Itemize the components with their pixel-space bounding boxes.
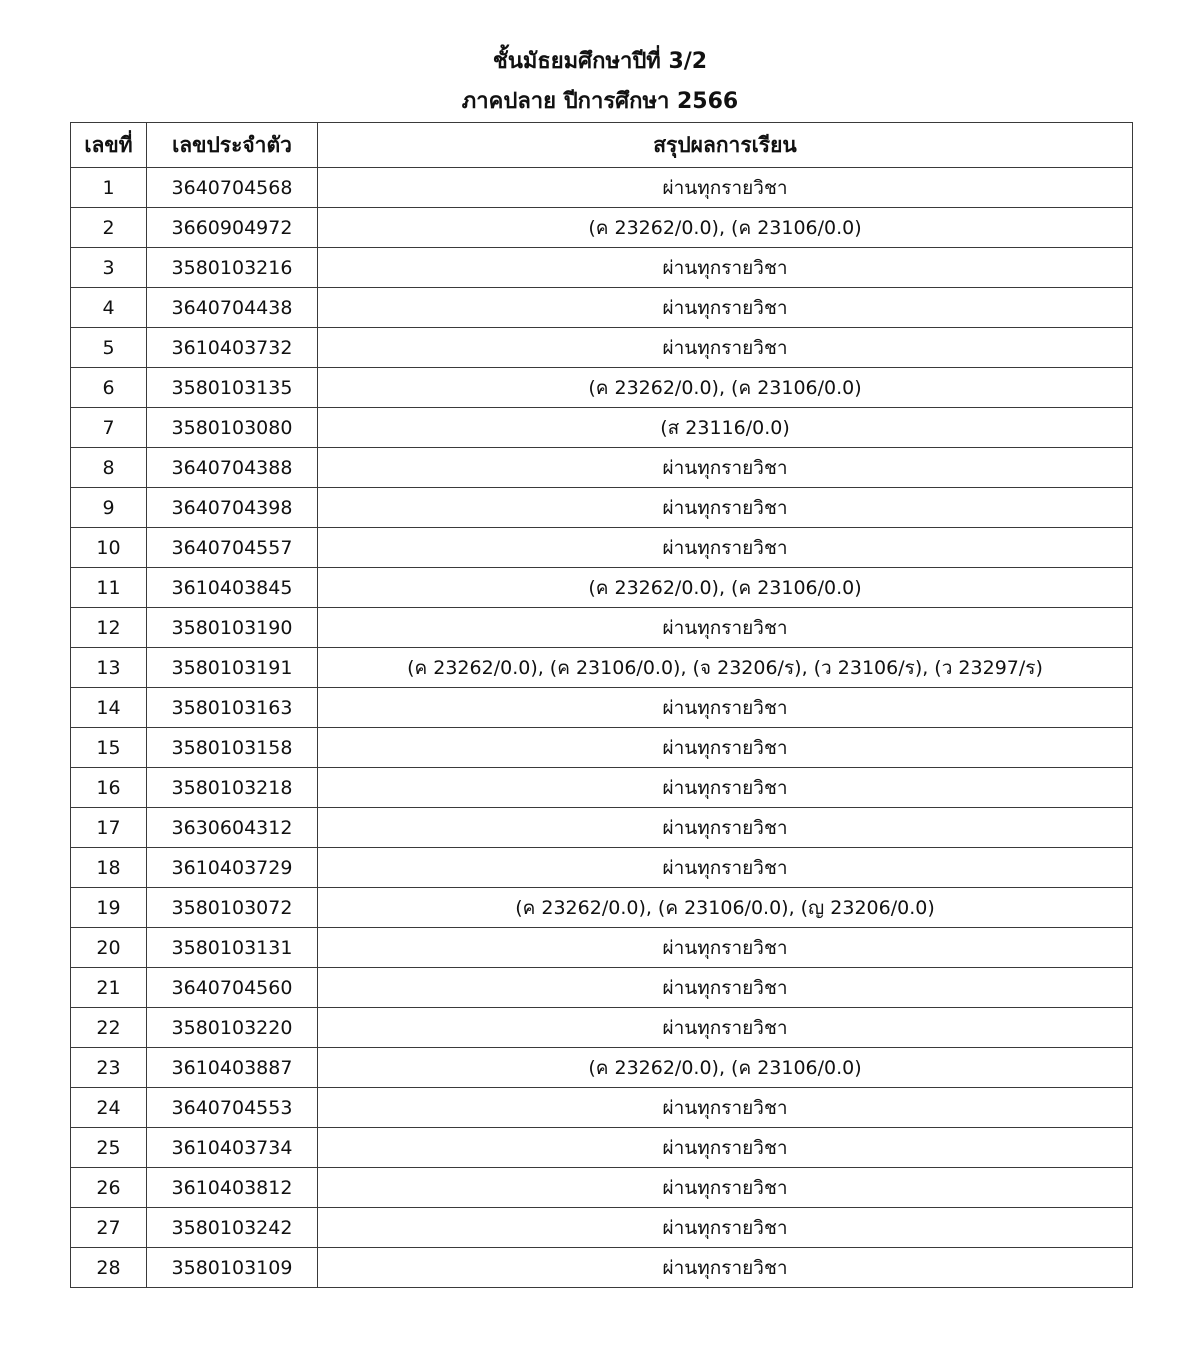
row-number: 9	[71, 488, 147, 528]
table-row: 283580103109ผ่านทุกรายวิชา	[71, 1248, 1133, 1288]
table-body: 13640704568ผ่านทุกรายวิชา23660904972(ค 2…	[71, 168, 1133, 1288]
student-id: 3640704557	[147, 528, 318, 568]
table-row: 43640704438ผ่านทุกรายวิชา	[71, 288, 1133, 328]
learning-result: ผ่านทุกรายวิชา	[318, 1008, 1133, 1048]
learning-result: ผ่านทุกรายวิชา	[318, 928, 1133, 968]
learning-result: (ค 23262/0.0), (ค 23106/0.0)	[318, 1048, 1133, 1088]
table-row: 33580103216ผ่านทุกรายวิชา	[71, 248, 1133, 288]
learning-result: (ค 23262/0.0), (ค 23106/0.0), (ญ 23206/0…	[318, 888, 1133, 928]
table-row: 73580103080(ส 23116/0.0)	[71, 408, 1133, 448]
row-number: 6	[71, 368, 147, 408]
row-number: 12	[71, 608, 147, 648]
row-number: 13	[71, 648, 147, 688]
learning-result: ผ่านทุกรายวิชา	[318, 488, 1133, 528]
learning-result: ผ่านทุกรายวิชา	[318, 1168, 1133, 1208]
learning-result: ผ่านทุกรายวิชา	[318, 528, 1133, 568]
learning-result: (ค 23262/0.0), (ค 23106/0.0)	[318, 568, 1133, 608]
table-row: 253610403734ผ่านทุกรายวิชา	[71, 1128, 1133, 1168]
student-id: 3580103216	[147, 248, 318, 288]
table-row: 183610403729ผ่านทุกรายวิชา	[71, 848, 1133, 888]
student-id: 3580103220	[147, 1008, 318, 1048]
table-row: 113610403845(ค 23262/0.0), (ค 23106/0.0)	[71, 568, 1133, 608]
student-id: 3610403729	[147, 848, 318, 888]
student-id: 3580103072	[147, 888, 318, 928]
student-id: 3610403812	[147, 1168, 318, 1208]
row-number: 18	[71, 848, 147, 888]
table-row: 193580103072(ค 23262/0.0), (ค 23106/0.0)…	[71, 888, 1133, 928]
table-row: 213640704560ผ่านทุกรายวิชา	[71, 968, 1133, 1008]
table-row: 243640704553ผ่านทุกรายวิชา	[71, 1088, 1133, 1128]
row-number: 3	[71, 248, 147, 288]
row-number: 25	[71, 1128, 147, 1168]
student-id: 3580103131	[147, 928, 318, 968]
learning-result: ผ่านทุกรายวิชา	[318, 1248, 1133, 1288]
student-id: 3630604312	[147, 808, 318, 848]
row-number: 17	[71, 808, 147, 848]
table-row: 263610403812ผ่านทุกรายวิชา	[71, 1168, 1133, 1208]
row-number: 24	[71, 1088, 147, 1128]
learning-result: ผ่านทุกรายวิชา	[318, 728, 1133, 768]
row-number: 20	[71, 928, 147, 968]
row-number: 23	[71, 1048, 147, 1088]
table-header: เลขที่ เลขประจำตัว สรุปผลการเรียน	[71, 123, 1133, 168]
header-row: เลขที่ เลขประจำตัว สรุปผลการเรียน	[71, 123, 1133, 168]
learning-result: ผ่านทุกรายวิชา	[318, 1208, 1133, 1248]
learning-result: (ค 23262/0.0), (ค 23106/0.0)	[318, 368, 1133, 408]
row-number: 5	[71, 328, 147, 368]
row-number: 1	[71, 168, 147, 208]
learning-result: ผ่านทุกรายวิชา	[318, 688, 1133, 728]
row-number: 26	[71, 1168, 147, 1208]
student-id: 3610403887	[147, 1048, 318, 1088]
table-row: 143580103163ผ่านทุกรายวิชา	[71, 688, 1133, 728]
document-header: ชั้นมัธยมศึกษาปีที่ 3/2 ภาคปลาย ปีการศึก…	[0, 42, 1200, 122]
table-row: 93640704398ผ่านทุกรายวิชา	[71, 488, 1133, 528]
header-result: สรุปผลการเรียน	[318, 123, 1133, 168]
learning-result: ผ่านทุกรายวิชา	[318, 248, 1133, 288]
header-number: เลขที่	[71, 123, 147, 168]
row-number: 19	[71, 888, 147, 928]
student-id: 3610403732	[147, 328, 318, 368]
table-row: 63580103135(ค 23262/0.0), (ค 23106/0.0)	[71, 368, 1133, 408]
table-row: 23660904972(ค 23262/0.0), (ค 23106/0.0)	[71, 208, 1133, 248]
row-number: 15	[71, 728, 147, 768]
learning-result: ผ่านทุกรายวิชา	[318, 768, 1133, 808]
row-number: 27	[71, 1208, 147, 1248]
learning-result: ผ่านทุกรายวิชา	[318, 808, 1133, 848]
student-id: 3580103242	[147, 1208, 318, 1248]
student-id: 3640704398	[147, 488, 318, 528]
student-id: 3610403845	[147, 568, 318, 608]
row-number: 21	[71, 968, 147, 1008]
student-id: 3580103190	[147, 608, 318, 648]
student-id: 3640704388	[147, 448, 318, 488]
header-student-id: เลขประจำตัว	[147, 123, 318, 168]
learning-result: ผ่านทุกรายวิชา	[318, 848, 1133, 888]
student-id: 3580103218	[147, 768, 318, 808]
student-id: 3580103163	[147, 688, 318, 728]
student-id: 3640704560	[147, 968, 318, 1008]
row-number: 28	[71, 1248, 147, 1288]
class-title: ชั้นมัธยมศึกษาปีที่ 3/2	[0, 42, 1200, 82]
row-number: 22	[71, 1008, 147, 1048]
table-row: 103640704557ผ่านทุกรายวิชา	[71, 528, 1133, 568]
table-row: 53610403732ผ่านทุกรายวิชา	[71, 328, 1133, 368]
table-row: 203580103131ผ่านทุกรายวิชา	[71, 928, 1133, 968]
student-id: 3640704568	[147, 168, 318, 208]
row-number: 2	[71, 208, 147, 248]
table-row: 133580103191(ค 23262/0.0), (ค 23106/0.0)…	[71, 648, 1133, 688]
table-row: 223580103220ผ่านทุกรายวิชา	[71, 1008, 1133, 1048]
student-id: 3610403734	[147, 1128, 318, 1168]
student-id: 3640704553	[147, 1088, 318, 1128]
row-number: 4	[71, 288, 147, 328]
student-id: 3580103080	[147, 408, 318, 448]
table-row: 13640704568ผ่านทุกรายวิชา	[71, 168, 1133, 208]
semester-title: ภาคปลาย ปีการศึกษา 2566	[0, 82, 1200, 122]
student-id: 3580103191	[147, 648, 318, 688]
learning-result: ผ่านทุกรายวิชา	[318, 608, 1133, 648]
student-id: 3660904972	[147, 208, 318, 248]
learning-result: (ค 23262/0.0), (ค 23106/0.0)	[318, 208, 1133, 248]
learning-result: ผ่านทุกรายวิชา	[318, 328, 1133, 368]
student-id: 3580103135	[147, 368, 318, 408]
results-table: เลขที่ เลขประจำตัว สรุปผลการเรียน 136407…	[70, 122, 1133, 1288]
learning-result: ผ่านทุกรายวิชา	[318, 1128, 1133, 1168]
learning-result: (ค 23262/0.0), (ค 23106/0.0), (จ 23206/ร…	[318, 648, 1133, 688]
student-id: 3580103109	[147, 1248, 318, 1288]
table-row: 83640704388ผ่านทุกรายวิชา	[71, 448, 1133, 488]
row-number: 14	[71, 688, 147, 728]
learning-result: ผ่านทุกรายวิชา	[318, 288, 1133, 328]
learning-result: (ส 23116/0.0)	[318, 408, 1133, 448]
table-row: 173630604312ผ่านทุกรายวิชา	[71, 808, 1133, 848]
table-row: 153580103158ผ่านทุกรายวิชา	[71, 728, 1133, 768]
table-row: 273580103242ผ่านทุกรายวิชา	[71, 1208, 1133, 1248]
row-number: 7	[71, 408, 147, 448]
row-number: 10	[71, 528, 147, 568]
table-row: 233610403887(ค 23262/0.0), (ค 23106/0.0)	[71, 1048, 1133, 1088]
table-row: 123580103190ผ่านทุกรายวิชา	[71, 608, 1133, 648]
learning-result: ผ่านทุกรายวิชา	[318, 448, 1133, 488]
table-row: 163580103218ผ่านทุกรายวิชา	[71, 768, 1133, 808]
row-number: 8	[71, 448, 147, 488]
row-number: 16	[71, 768, 147, 808]
row-number: 11	[71, 568, 147, 608]
student-id: 3580103158	[147, 728, 318, 768]
student-id: 3640704438	[147, 288, 318, 328]
learning-result: ผ่านทุกรายวิชา	[318, 968, 1133, 1008]
learning-result: ผ่านทุกรายวิชา	[318, 1088, 1133, 1128]
learning-result: ผ่านทุกรายวิชา	[318, 168, 1133, 208]
